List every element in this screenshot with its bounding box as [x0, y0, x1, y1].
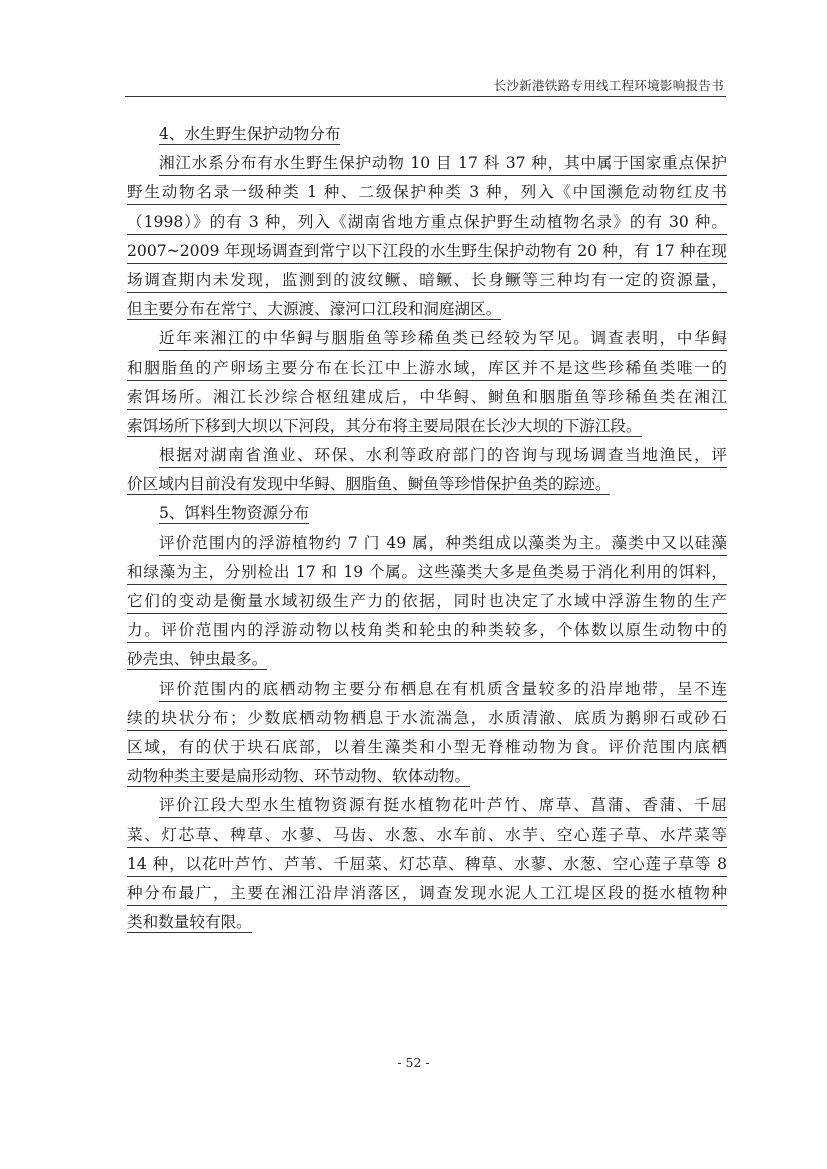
- text-line: 2007~2009 年现场调查到常宁以下江段的水生野生保护动物有 20 种，有 …: [127, 237, 727, 266]
- text-line: 评价范围内的底栖动物主要分布栖息在有机质含量较多的沿岸地带，呈不连: [127, 675, 727, 704]
- text-line: 评价范围内的浮游植物约 7 门 49 属，种类组成以藻类为主。藻类中又以硅藻: [127, 529, 727, 558]
- text-line: 它们的变动是衡量水域初级生产力的依据，同时也决定了水域中浮游生物的生产: [127, 587, 727, 616]
- text-line: 索饵场所。湘江长沙综合枢纽建成后，中华鲟、鲥鱼和胭脂鱼等珍稀鱼类在湘江: [127, 383, 727, 412]
- page-header: 长沙新港铁路专用线工程环境影响报告书: [125, 76, 726, 97]
- text-line: 湘江水系分布有水生野生保护动物 10 目 17 科 37 种，其中属于国家重点保…: [127, 149, 727, 178]
- document-body: 4、水生野生保护动物分布 湘江水系分布有水生野生保护动物 10 目 17 科 3…: [127, 120, 727, 937]
- paragraph: 湘江水系分布有水生野生保护动物 10 目 17 科 37 种，其中属于国家重点保…: [127, 149, 727, 324]
- text-line: 根据对湖南省渔业、环保、水利等政府部门的咨询与现场调查当地渔民，评: [127, 441, 727, 470]
- text-line: 场调查期内未发现，监测到的波纹鳜、暗鳜、长身鳜等三种均有一定的资源量，: [127, 266, 727, 295]
- text-line: 和绿藻为主，分别检出 17 和 19 个属。这些藻类大多是鱼类易于消化利用的饵料…: [127, 558, 727, 587]
- paragraph: 近年来湘江的中华鲟与胭脂鱼等珍稀鱼类已经较为罕见。调查表明，中华鲟 和胭脂鱼的产…: [127, 324, 727, 441]
- text-line: （1998）》的有 3 种，列入《湖南省地方重点保护野生动植物名录》的有 30 …: [127, 208, 727, 237]
- text-line: 力。评价范围内的浮游动物以枝角类和轮虫的种类较多，个体数以原生动物中的: [127, 616, 727, 645]
- text-line: 但主要分布在常宁、大源渡、濠河口江段和洞庭湖区。: [127, 295, 727, 324]
- text-line: 砂壳虫、钟虫最多。: [127, 645, 727, 674]
- text-line: 野生动物名录一级种类 1 种、二级保护种类 3 种，列入《中国濒危动物红皮书: [127, 178, 727, 207]
- paragraph: 评价范围内的浮游植物约 7 门 49 属，种类组成以藻类为主。藻类中又以硅藻 和…: [127, 529, 727, 675]
- section-heading: 5、饵料生物资源分布: [127, 499, 727, 528]
- page-number: - 52 -: [0, 1055, 827, 1070]
- paragraph: 根据对湖南省渔业、环保、水利等政府部门的咨询与现场调查当地渔民，评 价区域内目前…: [127, 441, 727, 499]
- paragraph: 评价江段大型水生植物资源有挺水植物花叶芦竹、席草、菖蒲、香蒲、千屈 菜、灯芯草、…: [127, 791, 727, 937]
- text-line: 索饵场所下移到大坝以下河段，其分布将主要局限在长沙大坝的下游江段。: [127, 412, 727, 441]
- text-line: 和胭脂鱼的产卵场主要分布在长江中上游水域，库区并不是这些珍稀鱼类唯一的: [127, 354, 727, 383]
- text-line: 评价江段大型水生植物资源有挺水植物花叶芦竹、席草、菖蒲、香蒲、千屈: [127, 791, 727, 820]
- text-line: 类和数量较有限。: [127, 908, 727, 937]
- text-line: 近年来湘江的中华鲟与胭脂鱼等珍稀鱼类已经较为罕见。调查表明，中华鲟: [127, 324, 727, 353]
- text-line: 动物种类主要是扁形动物、环节动物、软体动物。: [127, 762, 727, 791]
- text-line: 种分布最广，主要在湘江沿岸消落区，调查发现水泥人工江堤区段的挺水植物种: [127, 879, 727, 908]
- document-title: 长沙新港铁路专用线工程环境影响报告书: [494, 76, 724, 94]
- paragraph: 评价范围内的底栖动物主要分布栖息在有机质含量较多的沿岸地带，呈不连 续的块状分布…: [127, 675, 727, 792]
- text-line: 区域，有的伏于块石底部，以着生藻类和小型无脊椎动物为食。评价范围内底栖: [127, 733, 727, 762]
- text-line: 14 种，以花叶芦竹、芦苇、千屈菜、灯芯草、稗草、水蓼、水葱、空心莲子草等 8: [127, 850, 727, 879]
- text-line: 菜、灯芯草、稗草、水蓼、马齿、水葱、水车前、水芋、空心莲子草、水芹菜等: [127, 821, 727, 850]
- text-line: 价区域内目前没有发现中华鲟、胭脂鱼、鲥鱼等珍惜保护鱼类的踪迹。: [127, 470, 727, 499]
- text-line: 续的块状分布；少数底栖动物栖息于水流湍急，水质清澈、底质为鹅卵石或砂石: [127, 704, 727, 733]
- section-heading: 4、水生野生保护动物分布: [127, 120, 727, 149]
